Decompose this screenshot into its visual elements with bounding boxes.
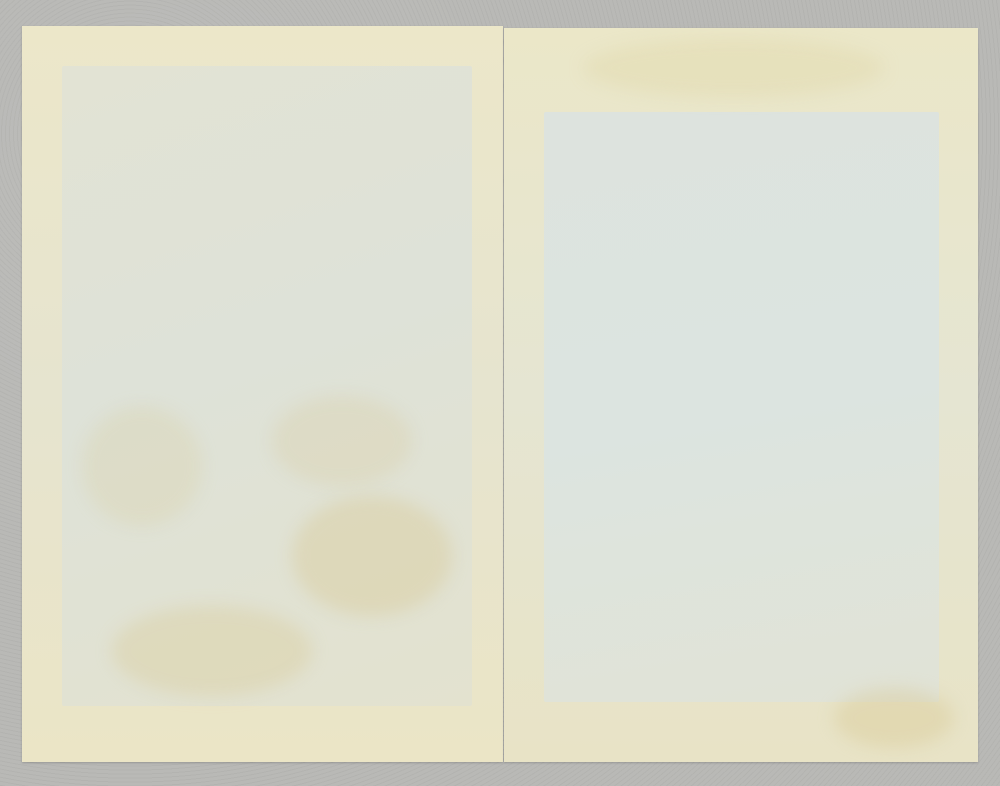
left-plate-mark [62, 66, 472, 706]
right-paper-sheet [504, 28, 978, 762]
foxing-stain [292, 496, 452, 616]
photo-scene: Two blank aged paper sheets (reverse sid… [0, 0, 1000, 786]
right-plate-mark [544, 112, 939, 702]
left-paper-sheet [22, 26, 503, 762]
foxing-stain [112, 606, 312, 696]
foxing-stain [82, 406, 202, 526]
foxing-stain [584, 38, 884, 98]
foxing-stain [834, 688, 954, 748]
foxing-stain [272, 396, 412, 486]
